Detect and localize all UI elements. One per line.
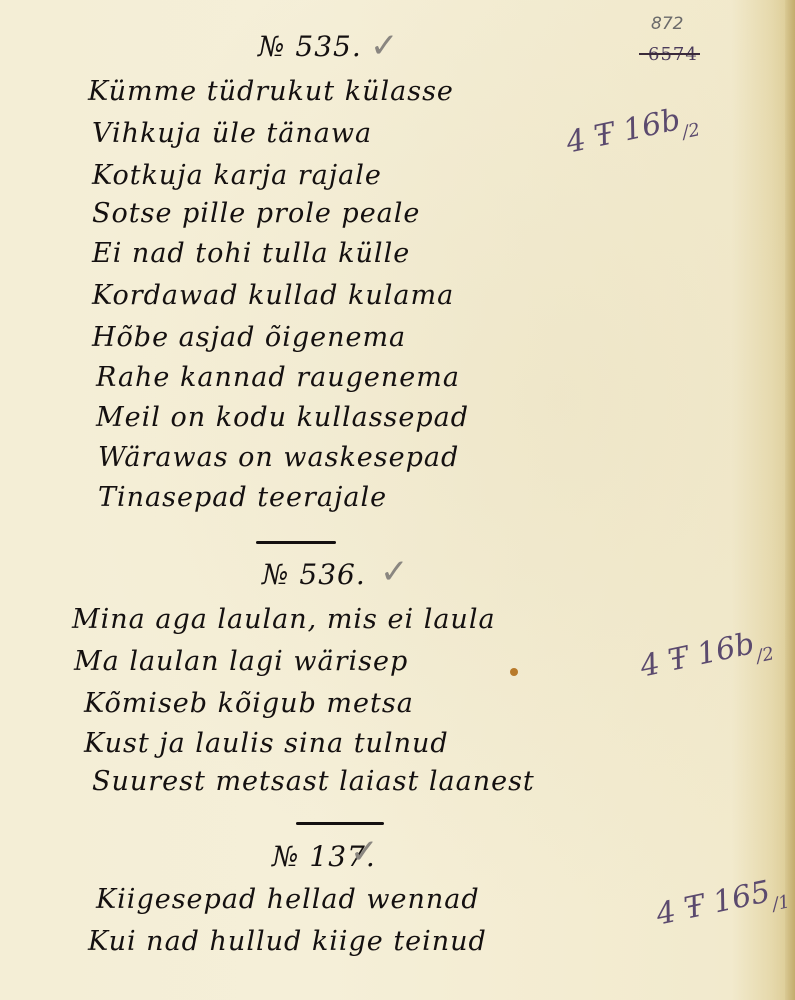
verse-line: Tinasepad teerajale bbox=[98, 482, 387, 513]
page-edge bbox=[785, 0, 795, 1000]
verse-line: Sotse pille prole peale bbox=[92, 198, 420, 229]
verse-line: Meil on kodu kullassepad bbox=[96, 402, 469, 433]
verse-line: Ma laulan lagi wärisep bbox=[74, 646, 408, 677]
manuscript-page: 872 6574 № 535. ✓ 4 Ŧ 16b/2 Kümme tüdruk… bbox=[0, 0, 795, 1000]
archive-reference-535: 4 Ŧ 16b/2 bbox=[563, 99, 702, 168]
archive-ref-main: 4 Ŧ 165 bbox=[653, 874, 773, 932]
archive-reference-536: 4 Ŧ 16b/2 bbox=[637, 623, 776, 692]
verse-line: Kõmiseb kõigub metsa bbox=[84, 688, 414, 719]
archive-reference-137: 4 Ŧ 165/1 bbox=[653, 871, 792, 940]
check-mark-icon: ✓ bbox=[380, 552, 409, 592]
verse-line: Kust ja laulis sina tulnud bbox=[84, 728, 449, 759]
archive-ref-sub: /2 bbox=[680, 119, 702, 143]
page-number-current: 872 bbox=[651, 14, 683, 34]
page-number-old-struck: 6574 bbox=[648, 44, 698, 65]
archive-ref-main: 4 Ŧ 16b bbox=[563, 102, 683, 160]
ink-stain bbox=[510, 668, 518, 676]
song-heading-535: № 535. bbox=[258, 30, 362, 63]
verse-line: Kui nad hullud kiige teinud bbox=[88, 926, 487, 957]
check-mark-icon: ✓ bbox=[370, 26, 399, 66]
verse-line: Vihkuja üle tänawa bbox=[92, 118, 372, 149]
verse-line: Suurest metsast laiast laanest bbox=[92, 766, 535, 797]
verse-line: Hõbe asjad õigenema bbox=[92, 322, 406, 353]
song-heading-536: № 536. bbox=[262, 558, 366, 591]
verse-line: Mina aga laulan, mis ei laula bbox=[72, 604, 496, 635]
verse-line: Kiigesepad hellad wennad bbox=[96, 884, 480, 915]
verse-line: Rahe kannad raugenema bbox=[96, 362, 460, 393]
verse-line: Kotkuja karja rajale bbox=[92, 160, 382, 191]
section-separator bbox=[256, 541, 336, 544]
verse-line: Wärawas on waskesepad bbox=[98, 442, 459, 473]
check-mark-icon: ✓ bbox=[350, 832, 379, 872]
verse-line: Kümme tüdrukut külasse bbox=[88, 76, 454, 107]
verse-line: Kordawad kullad kulama bbox=[92, 280, 454, 311]
archive-ref-sub: /2 bbox=[754, 643, 776, 667]
verse-line: Ei nad tohi tulla külle bbox=[92, 238, 410, 269]
strikethrough-line bbox=[639, 53, 700, 55]
section-separator bbox=[296, 822, 384, 825]
archive-ref-main: 4 Ŧ 16b bbox=[637, 626, 757, 684]
